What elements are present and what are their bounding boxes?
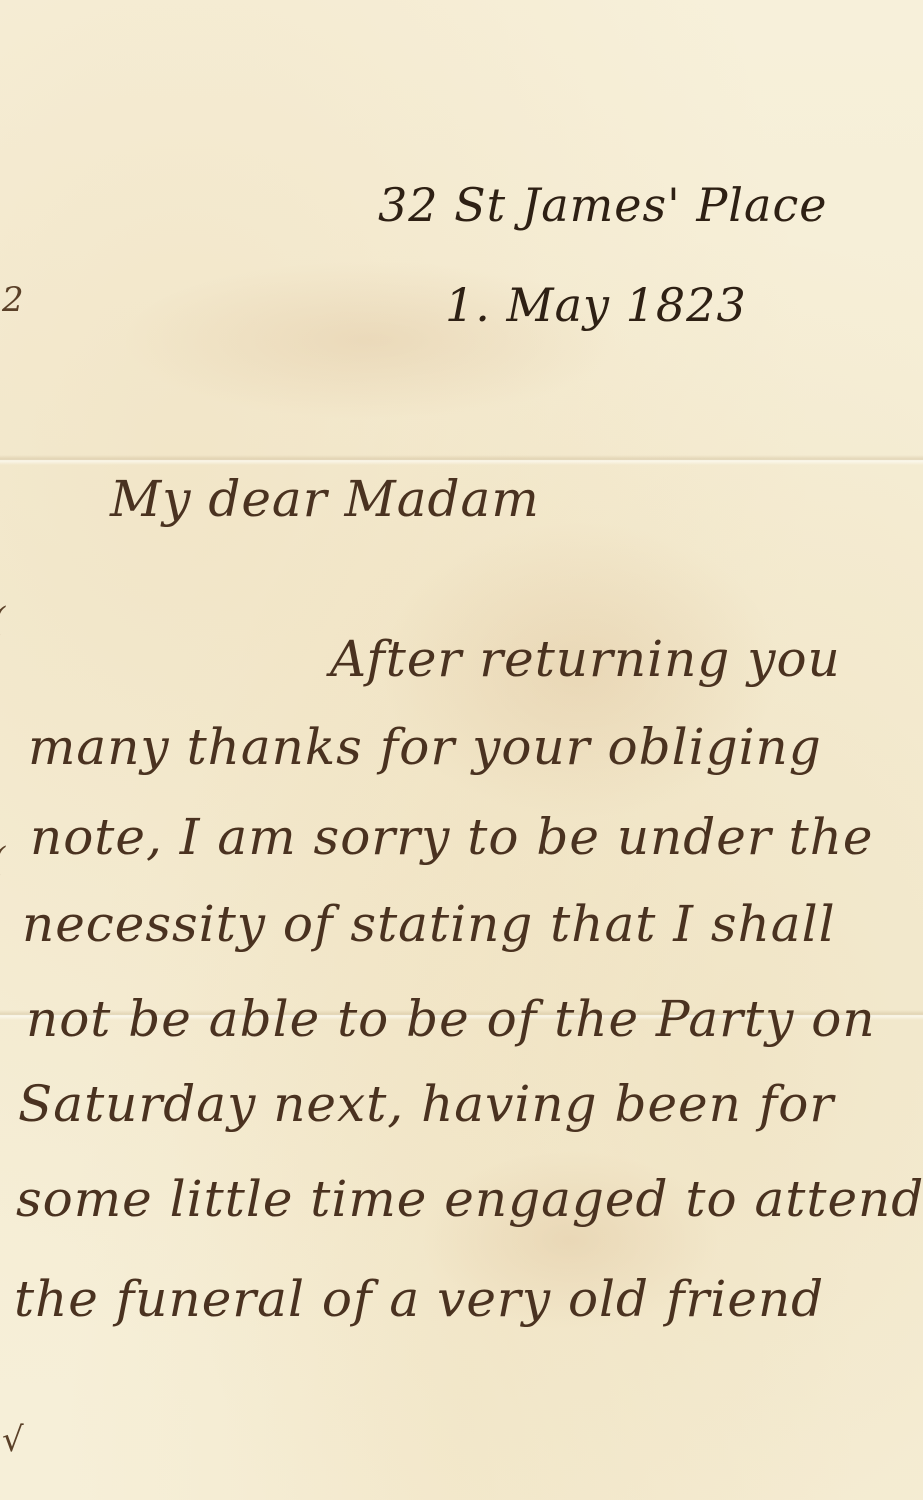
body-line: the funeral of a very old friend [14,1270,824,1328]
margin-mark: ( [0,600,5,640]
margin-mark: 2 [2,280,24,320]
salutation: My dear Madam [110,470,540,528]
check-mark-icon: √ [2,1420,24,1460]
body-line: Saturday next, having been for [18,1075,834,1133]
paper-fold-line [0,455,923,465]
body-line: necessity of stating that I shall [22,895,836,953]
body-line: note, I am sorry to be under the [30,808,874,866]
date-line: 1. May 1823 [445,278,747,332]
body-line: many thanks for your obliging [28,718,822,776]
letter-page: 32 St James' Place 1. May 1823 My dear M… [0,0,923,1500]
body-line: After returning you [330,630,841,688]
body-line: some little time engaged to attend [16,1170,923,1228]
margin-mark: ( [0,840,5,880]
address-line: 32 St James' Place [378,178,827,232]
body-line: not be able to be of the Party on [26,990,876,1048]
